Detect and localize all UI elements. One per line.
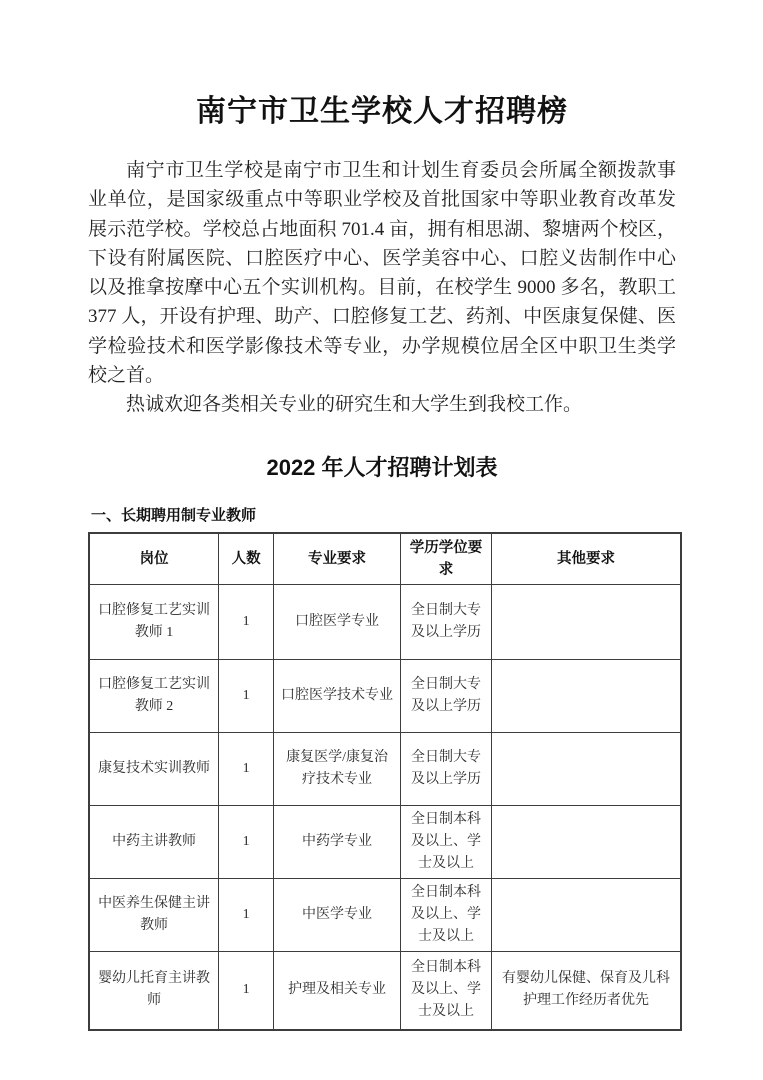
cell-headcount: 1: [219, 584, 274, 659]
cell-post: 口腔修复工艺实训教师 1: [89, 584, 219, 659]
cell-other: [492, 805, 681, 878]
intro-paragraph-1: 南宁市卫生学校是南宁市卫生和计划生育委员会所属全额拨款事业单位，是国家级重点中等…: [88, 156, 676, 390]
cell-major: 口腔医学专业: [274, 584, 401, 659]
page-title: 南宁市卫生学校人才招聘榜: [88, 86, 676, 130]
cell-headcount: 1: [219, 659, 274, 732]
header-post: 岗位: [89, 533, 219, 585]
header-education-requirement: 学历学位要求: [400, 533, 491, 585]
cell-education: 全日制本科及以上、学士及以上: [400, 951, 491, 1030]
cell-headcount: 1: [219, 878, 274, 951]
table-header-row: 岗位 人数 专业要求 学历学位要求 其他要求: [89, 533, 681, 585]
cell-post: 口腔修复工艺实训教师 2: [89, 659, 219, 732]
document-page: 南宁市卫生学校人才招聘榜 南宁市卫生学校是南宁市卫生和计划生育委员会所属全额拨款…: [0, 0, 763, 1080]
cell-other: [492, 732, 681, 805]
table-row: 康复技术实训教师 1 康复医学/康复治疗技术专业 全日制大专及以上学历: [89, 732, 681, 805]
table-row: 口腔修复工艺实训教师 2 1 口腔医学技术专业 全日制大专及以上学历: [89, 659, 681, 732]
cell-post: 中药主讲教师: [89, 805, 219, 878]
cell-headcount: 1: [219, 951, 274, 1030]
cell-post: 婴幼儿托育主讲教师: [89, 951, 219, 1030]
recruitment-plan-table: 岗位 人数 专业要求 学历学位要求 其他要求 口腔修复工艺实训教师 1 1 口腔…: [88, 532, 682, 1031]
cell-education: 全日制大专及以上学历: [400, 732, 491, 805]
cell-other: [492, 659, 681, 732]
section-heading-long-term-teachers: 一、长期聘用制专业教师: [91, 504, 676, 525]
cell-major: 中药学专业: [274, 805, 401, 878]
cell-other: [492, 878, 681, 951]
cell-education: 全日制大专及以上学历: [400, 659, 491, 732]
cell-headcount: 1: [219, 805, 274, 878]
cell-major: 口腔医学技术专业: [274, 659, 401, 732]
table-row: 婴幼儿托育主讲教师 1 护理及相关专业 全日制本科及以上、学士及以上 有婴幼儿保…: [89, 951, 681, 1030]
cell-post: 中医养生保健主讲教师: [89, 878, 219, 951]
table-row: 中医养生保健主讲教师 1 中医学专业 全日制本科及以上、学士及以上: [89, 878, 681, 951]
header-other-requirement: 其他要求: [492, 533, 681, 585]
cell-education: 全日制本科及以上、学士及以上: [400, 805, 491, 878]
table-row: 中药主讲教师 1 中药学专业 全日制本科及以上、学士及以上: [89, 805, 681, 878]
header-major-requirement: 专业要求: [274, 533, 401, 585]
table-row: 口腔修复工艺实训教师 1 1 口腔医学专业 全日制大专及以上学历: [89, 584, 681, 659]
cell-major: 护理及相关专业: [274, 951, 401, 1030]
intro-paragraph-2: 热诚欢迎各类相关专业的研究生和大学生到我校工作。: [88, 390, 676, 419]
header-headcount: 人数: [219, 533, 274, 585]
cell-other: 有婴幼儿保健、保育及儿科护理工作经历者优先: [492, 951, 681, 1030]
cell-other: [492, 584, 681, 659]
cell-headcount: 1: [219, 732, 274, 805]
cell-education: 全日制本科及以上、学士及以上: [400, 878, 491, 951]
cell-education: 全日制大专及以上学历: [400, 584, 491, 659]
cell-major: 中医学专业: [274, 878, 401, 951]
plan-table-title: 2022 年人才招聘计划表: [88, 451, 676, 482]
cell-major: 康复医学/康复治疗技术专业: [274, 732, 401, 805]
cell-post: 康复技术实训教师: [89, 732, 219, 805]
